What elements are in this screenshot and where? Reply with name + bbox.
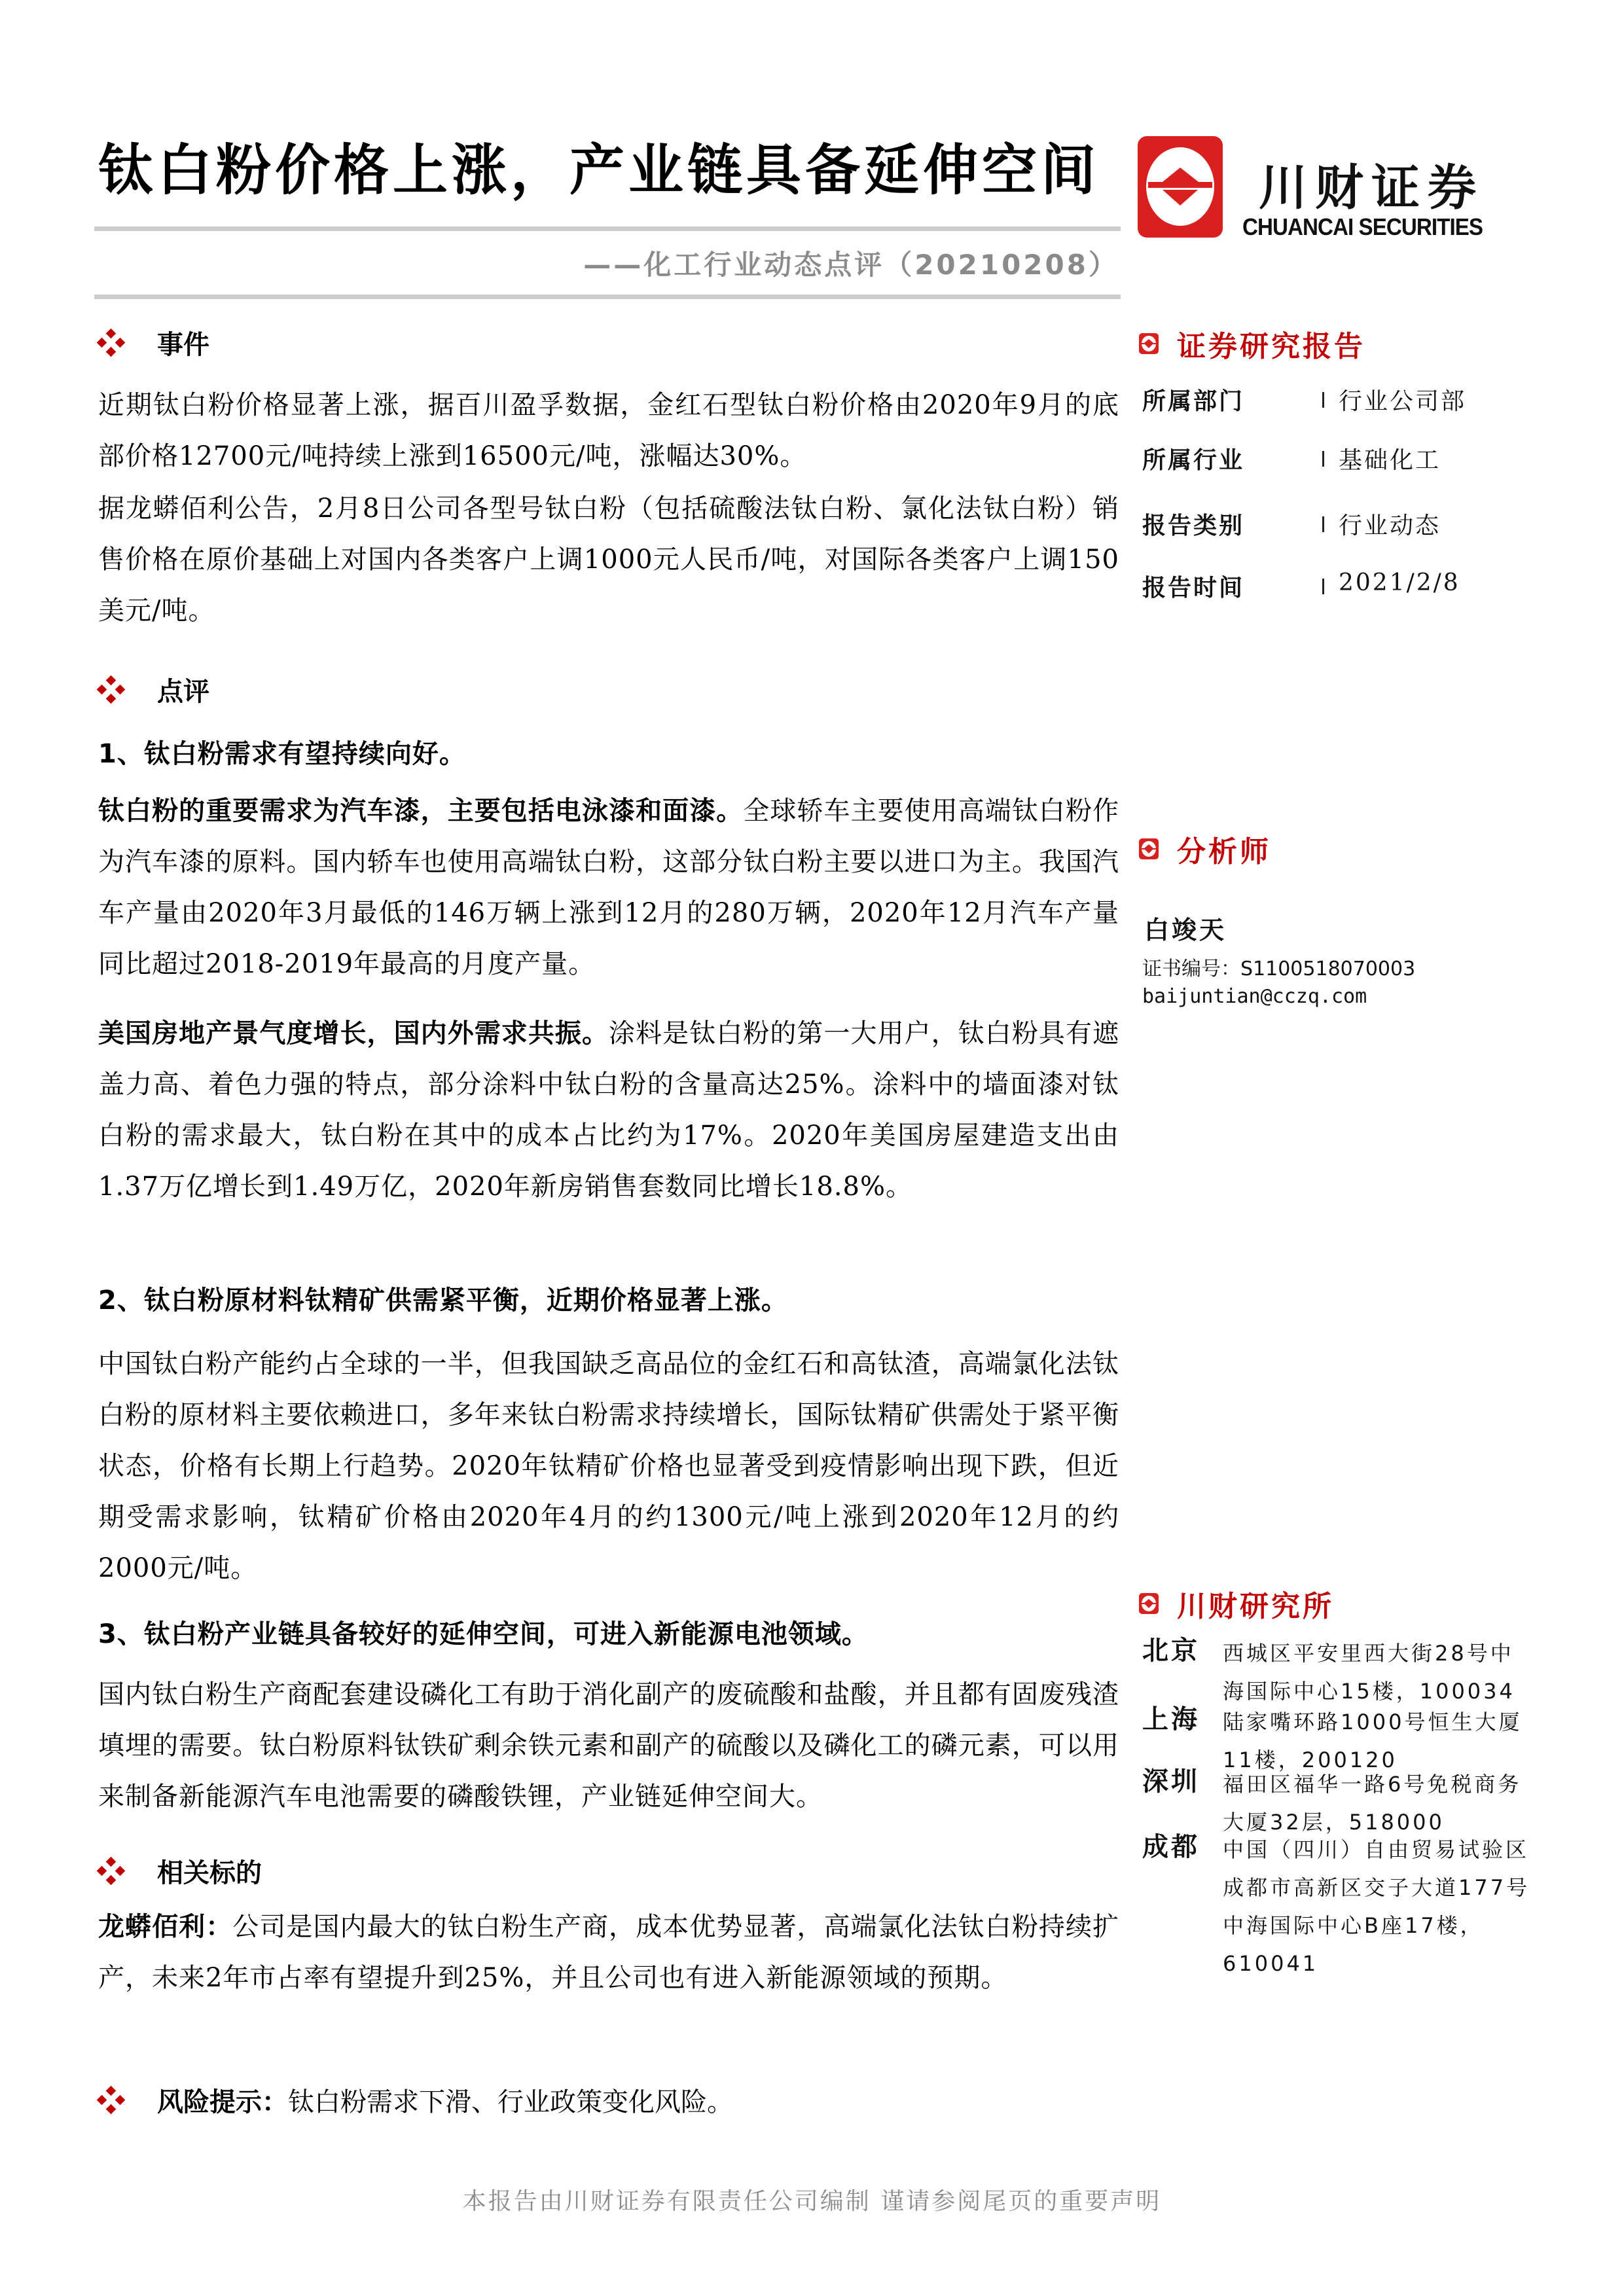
office-address: 福田区福华一路6号免税商务大厦32层，518000 (1223, 1765, 1537, 1841)
office-address: 中国（四川）自由贸易试验区成都市高新区交子大道177号中海国际中心B座17楼，6… (1223, 1831, 1537, 1982)
meta-value: 2021/2/8 (1339, 569, 1460, 596)
chuancai-mini-logo-icon (1139, 333, 1159, 354)
section-heading-label: 相关标的 (157, 1852, 262, 1890)
logo-en-text: CHUANCAI SECURITIES (1242, 213, 1483, 241)
meta-value: 行业公司部 (1339, 383, 1466, 416)
section-heading-label: 事件 (157, 324, 209, 361)
meta-label: 报告类别 (1142, 507, 1244, 541)
meta-value: 基础化工 (1339, 442, 1441, 475)
section-heading-risk: 风险提示： 钛白粉需求下滑、行业政策变化风险。 (98, 2081, 733, 2119)
point-heading: 1、钛白粉需求有望持续向好。 (98, 733, 466, 770)
sidebar-heading-label: 川财研究所 (1177, 1583, 1334, 1624)
chuancai-logo-icon (1138, 136, 1223, 238)
point-heading: 2、钛白粉原材料钛精矿供需紧平衡，近期价格显著上涨。 (98, 1280, 788, 1317)
sidebar-heading-label: 证券研究报告 (1177, 323, 1365, 365)
section-heading-related: 相关标的 (98, 1852, 262, 1890)
paragraph-lead: 美国房地产景气度增长，国内外需求共振。 (98, 1018, 609, 1049)
company-logo: 川财证券 CHUANCAI SECURITIES (1138, 136, 1543, 241)
office-city: 成都 (1142, 1826, 1200, 1863)
meta-separator (1322, 392, 1324, 408)
report-title: 钛白粉价格上涨，产业链具备延伸空间 (98, 131, 1119, 209)
point-paragraph: 国内钛白粉生产商配套建设磷化工有助于消化副产的废硫酸和盐酸，并且都有固废残渣填埋… (98, 1669, 1119, 1822)
title-divider (94, 226, 1121, 231)
section-heading-comment: 点评 (98, 671, 209, 708)
diamond-bullet-icon (98, 1858, 124, 1884)
section-heading-label: 点评 (157, 671, 209, 708)
sidebar-heading-analyst: 分析师 (1139, 828, 1271, 870)
event-paragraph: 近期钛白粉价格显著上涨，据百川盈孚数据，金红石型钛白粉价格由2020年9月的底部… (98, 380, 1119, 482)
chuancai-mini-logo-icon (1139, 838, 1159, 859)
related-company: 龙蟒佰利： (98, 1912, 232, 1942)
office-city: 北京 (1142, 1630, 1200, 1667)
related-text: 公司是国内最大的钛白粉生产商，成本优势显著，高端氯化法钛白粉持续扩产，未来2年市… (98, 1912, 1119, 1993)
page-footer: 本报告由川财证券有限责任公司编制 谨请参阅尾页的重要声明 (0, 2183, 1624, 2216)
sidebar-heading-label: 分析师 (1177, 828, 1271, 870)
sidebar-heading-institute: 川财研究所 (1139, 1583, 1334, 1624)
logo-cn-text: 川财证券 (1259, 149, 1484, 219)
event-paragraph: 据龙蟒佰利公告，2月8日公司各型号钛白粉（包括硫酸法钛白粉、氯化法钛白粉）销售价… (98, 483, 1119, 636)
risk-text: 钛白粉需求下滑、行业政策变化风险。 (288, 2081, 733, 2119)
meta-separator (1322, 451, 1324, 467)
meta-label: 报告时间 (1142, 569, 1244, 603)
related-paragraph: 龙蟒佰利：公司是国内最大的钛白粉生产商，成本优势显著，高端氯化法钛白粉持续扩产，… (98, 1901, 1119, 2003)
subtitle-divider (94, 295, 1121, 299)
point-paragraph: 美国房地产景气度增长，国内外需求共振。涂料是钛白粉的第一大用户，钛白粉具有遮盖力… (98, 1008, 1119, 1212)
point-heading: 3、钛白粉产业链具备较好的延伸空间，可进入新能源电池领域。 (98, 1613, 869, 1651)
risk-heading-label: 风险提示： (157, 2081, 288, 2119)
office-city: 上海 (1142, 1698, 1200, 1736)
meta-separator (1322, 579, 1324, 594)
meta-label: 所属部门 (1142, 383, 1244, 416)
diamond-bullet-icon (98, 677, 124, 703)
analyst-name: 白竣天 (1144, 910, 1227, 946)
analyst-cert: 证书编号：S1100518070003 (1142, 952, 1415, 981)
meta-label: 所属行业 (1142, 442, 1244, 475)
paragraph-lead: 钛白粉的重要需求为汽车漆，主要包括电泳漆和面漆。 (98, 796, 743, 826)
report-subtitle: ——化工行业动态点评（20210208） (583, 243, 1119, 283)
meta-value: 行业动态 (1339, 507, 1441, 541)
diamond-bullet-icon (98, 330, 124, 356)
diamond-bullet-icon (98, 2087, 124, 2113)
sidebar-heading-report: 证券研究报告 (1139, 323, 1365, 365)
office-city: 深圳 (1142, 1761, 1200, 1798)
analyst-email[interactable]: baijuntian@cczq.com (1142, 985, 1367, 1008)
meta-separator (1322, 516, 1324, 532)
office-address: 西城区平安里西大街28号中海国际中心15楼，100034 (1223, 1634, 1537, 1710)
point-paragraph: 中国钛白粉产能约占全球的一半，但我国缺乏高品位的金红石和高钛渣，高端氯化法钛白粉… (98, 1338, 1119, 1594)
chuancai-mini-logo-icon (1139, 1593, 1159, 1614)
point-paragraph: 钛白粉的重要需求为汽车漆，主要包括电泳漆和面漆。全球轿车主要使用高端钛白粉作为汽… (98, 785, 1119, 990)
section-heading-event: 事件 (98, 324, 209, 361)
